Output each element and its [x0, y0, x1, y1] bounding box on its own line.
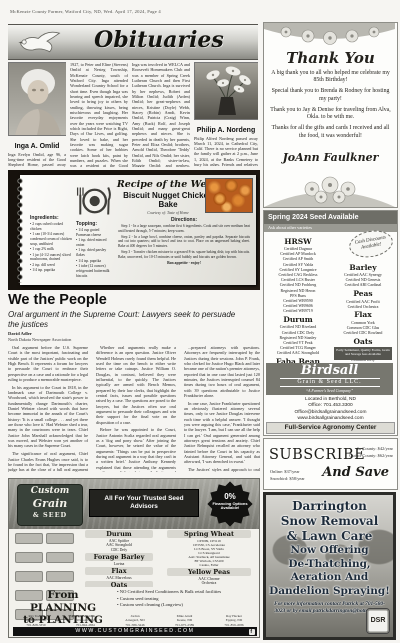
cg-flax-header: Flax: [85, 567, 153, 575]
ingredient-item: 1 can (10-3/4 ounces) condensed cream of…: [30, 232, 72, 246]
ingredient-item: 2 tsp. dill weed: [30, 263, 72, 268]
cg-wheat-list: CP3099, CP3119CP3530, CS AccelerateLCS B…: [163, 539, 255, 568]
durum-header: Durum: [267, 315, 329, 324]
thank-you-body: A big thank you to all who helped me cel…: [270, 70, 391, 144]
durum-list: Certified ND RivelandCertified CDC DefyR…: [267, 324, 329, 355]
article-byline: David Adler: [8, 331, 32, 336]
contact-block: Ray Hecker Epping, ND 701-859-4586: [211, 614, 257, 627]
directions-steps: Step 1 - In a large saucepan, combine fi…: [118, 224, 250, 259]
cg-wheat-header: Spring Wheat: [167, 530, 251, 538]
article-paragraph: The significance of oral argument, Chief…: [8, 451, 88, 472]
brand-logo-chip: [15, 571, 43, 582]
starburst-caption: Financing Options Available!: [209, 502, 251, 511]
custom-grain-logo: Custom Grain & SEED: [17, 484, 83, 526]
rate-online: Online: $37/year: [270, 469, 305, 476]
seed-variety: Certified Orchestra: [332, 304, 394, 309]
article-paragraph: Oral argument before the U.S. Supreme Co…: [8, 345, 88, 382]
seed-variety: Lavina: [81, 562, 157, 567]
darrington-title-lines: DarringtonSnow Removal& Lawn Care: [266, 495, 393, 544]
article-paragraph: Whether oral arguments really make a dif…: [96, 345, 176, 425]
topping-item: 1/4 tsp. paprika: [76, 259, 114, 264]
darrington-offer-line: Aeration And: [266, 571, 393, 585]
article-column-3: ...prepared attorneys with questions. At…: [184, 345, 260, 472]
obituary-name-inga: Inga A. Omlid: [8, 143, 66, 150]
peas-header: Peas: [332, 289, 394, 298]
article-column-1: Oral argument before the U.S. Supreme Co…: [8, 345, 88, 472]
brand-logo-chip: [46, 533, 74, 544]
bullet-item: Custom seed cleaning (Longview): [117, 602, 255, 609]
subscribe-and-save: And Save: [322, 465, 389, 480]
subscribe-rates-right: In-County: $42/year Out-of-County: $62/y…: [349, 446, 393, 459]
rate-in-county: In-County: $42/year: [349, 446, 393, 453]
thank-you-paragraph: A big thank you to all who helped me cel…: [270, 70, 391, 84]
darrington-title-line: & Lawn Care: [266, 529, 393, 544]
oats-header: Oats: [332, 337, 394, 346]
contact-block: Ray Toews Alexander, ND 701-828-3359: [13, 614, 59, 627]
custom-grain-right-categories: Spring Wheat CP3099, CP3119CP3530, CS Ac…: [163, 529, 255, 587]
contact-block: Mike Arndt Keene, ND 701-675-2389: [162, 614, 208, 627]
darrington-offer-line: Dandelion Spraying!: [266, 585, 393, 599]
recipe-closing: Bon appetite - enjoy!: [118, 261, 250, 265]
seed-variety: AAC Marvelous: [81, 576, 157, 581]
obituary-column-4: Philip A. Nordeng Philip Alfred Nordeng …: [194, 62, 258, 167]
cg-forage-list: Lavina: [81, 562, 157, 567]
topping-item: 1 tube (12 ounces) refrigerated buttermi…: [76, 264, 114, 278]
custom-grain-ad: Custom Grain & SEED All For Your Trusted…: [8, 478, 260, 638]
barley-list: Certified AAC SynergyCertified ND Genesi…: [332, 272, 394, 288]
topping-label: Topping:: [76, 221, 114, 227]
darrington-offer-lines: Now OfferingDe-Thatching,Aeration AndDan…: [266, 544, 393, 599]
direction-step: Step 2 - In a large bowl, combine cheese…: [118, 235, 250, 249]
recipe-directions-section: Directions: Step 1 - In a large saucepan…: [118, 217, 250, 265]
seed-ad-note: Early Settlement, Quality Forms, Grain a…: [334, 347, 392, 360]
thank-you-title: Thank You: [264, 49, 397, 67]
birdsall-company-name: Birdsall: [266, 363, 393, 378]
barley-header: Barley: [332, 263, 394, 272]
flowers-photo: [194, 62, 258, 120]
cg-durum-header: Durum: [85, 530, 153, 538]
obituaries-title: Obituaries: [66, 27, 252, 53]
logo-line-2: Grain: [18, 498, 82, 509]
plate-cutlery-icon: [72, 183, 112, 219]
food-photo: [205, 178, 253, 213]
brand-logo-chip: [15, 533, 43, 544]
cg-ypeas-header: Yellow Peas: [167, 568, 251, 576]
darrington-ad: DarringtonSnow Removal& Lawn Care Now Of…: [263, 492, 396, 640]
bullet-item: NO Certified Seed Conditioners & Bulk re…: [117, 589, 255, 596]
recipe-block: Recipe of the Week Biscuit Nugget Chicke…: [8, 170, 260, 290]
birdsall-footer-banner: Full-Service Agronomy Center: [266, 422, 395, 434]
ingredient-item: 1 cup 2% milk: [30, 247, 72, 252]
cg-flax-list: AAC Marvelous: [81, 576, 157, 581]
cg-durum-list: AAC SpitfireAAC StrongholdCDC Defy: [81, 539, 157, 553]
subscribe-ad: SUBSCRIBE In-County: $42/year Out-of-Cou…: [263, 438, 398, 490]
custom-grain-photo-band: Custom Grain & SEED All For Your Trusted…: [9, 479, 259, 529]
logo-line-3: & SEED: [18, 509, 82, 521]
obituary-text-inga-col1: Inga Evelyn Omlid, age 96, a long-time r…: [8, 152, 66, 168]
ingredient-item: 2 cups cubed cooked chicken: [30, 222, 72, 232]
thank-you-paragraph: Special thank you to Brenda & Rodney for…: [270, 88, 391, 102]
cg-ypeas-list: AAC ChromeOrchestra: [163, 577, 255, 586]
financing-starburst-icon: 0% Financing Options Available!: [207, 481, 253, 527]
topping-list: 1/4 cup grated Parmesan cheese1 tsp. dri…: [76, 228, 114, 279]
darrington-offer-line: De-Thatching,: [266, 558, 393, 572]
birdsall-tagline: “A Farmer's Seed Company”: [266, 387, 393, 394]
article-paragraph: Before he was appointed to the Court, Ju…: [96, 427, 176, 472]
direction-step: Step 3 - Transfer chicken mixture to a g…: [118, 250, 250, 259]
article-column-2: Whether oral arguments really make a dif…: [96, 345, 176, 472]
obituary-name-philip: Philip A. Nordeng: [194, 127, 258, 134]
brand-logo-chip: [46, 571, 74, 582]
article-subtitle: Oral argument in the Supreme Court: Lawy…: [8, 310, 248, 329]
flax-header: Flax: [332, 310, 394, 319]
brand-logo-chip: [15, 552, 43, 563]
custom-grain-website: WWW.CUSTOMGRAINSEED.COM: [75, 628, 194, 634]
article-byline-org: North Dakota Newspaper Association: [8, 337, 71, 342]
darrington-title-line: Darrington: [266, 499, 393, 514]
birdsall-contact-info: Located in Berthold, ND Office: 701.453.…: [264, 397, 397, 423]
seed-variety: Orchestra: [163, 581, 255, 586]
custom-grain-center-categories: Durum AAC SpitfireAAC StrongholdCDC Defy…: [81, 529, 157, 587]
facebook-icon: f: [249, 629, 255, 635]
planning-line: From PLANNING: [17, 589, 109, 614]
bullet-item: Custom seed treating: [117, 596, 255, 603]
seed-column-left: HRSW Certified DagmarCertified AP Murdoc…: [267, 235, 329, 363]
article-paragraph: ...prepared attorneys with questions. At…: [184, 345, 260, 398]
dove-icon: [12, 27, 68, 57]
ingredient-item: 1/4 tsp. paprika: [30, 268, 72, 273]
rate-out-of-county: Out-of-County: $62/year: [349, 453, 393, 460]
directions-label: Directions:: [118, 217, 250, 223]
obituaries-banner: Obituaries: [8, 24, 258, 60]
seed-variety: Certified AAC Stronghold: [267, 350, 329, 355]
thank-you-ad: Thank You A big thank you to all who hel…: [263, 22, 398, 208]
custom-grain-bullets: NO Certified Seed Conditioners & Bulk re…: [117, 589, 255, 609]
seed-variety: Certified CDC Rowland: [332, 330, 394, 335]
seed-ad-header: Spring 2024 Seed Available: [264, 211, 397, 224]
obituary-column-1: Inga A. Omlid Inga Evelyn Omlid, age 96,…: [8, 62, 66, 167]
birdsall-logo-block: Birdsall Grain & Seed LLC. “A Farmer's S…: [266, 363, 393, 395]
article-column-3-text: ...prepared attorneys with questions. At…: [184, 345, 260, 472]
trusted-seed-advisors-banner: All For Your Trusted Seed Advisors: [89, 489, 199, 517]
recipe-topping-section: Topping: 1/4 cup grated Parmesan cheese1…: [76, 221, 114, 279]
hrsw-list: Certified DagmarCertified AP MurdockCert…: [267, 246, 329, 313]
seed-variety: Casino, Faller: [163, 563, 255, 567]
darrington-title-line: Snow Removal: [266, 514, 393, 529]
inga-portrait-photo: [8, 62, 66, 136]
obituary-column-2: 1927, to Peter and Eline (Stevens) Omlid…: [70, 62, 128, 167]
spiral-binding: [14, 177, 26, 283]
custom-grain-middle: Durum AAC SpitfireAAC StrongholdCDC Defy…: [9, 529, 259, 587]
custom-grain-contacts: Ray Toews Alexander, ND 701-828-3359Tim …: [13, 614, 257, 627]
subscribe-rates-left: Online: $37/year Snowbird: $58/year: [270, 469, 305, 482]
seed-column-right: Barley Certified AAC SynergyCertified ND…: [332, 235, 394, 363]
ingredients-label: Ingredients:: [30, 215, 72, 221]
birdsall-company-sub: Grain & Seed LLC.: [280, 378, 380, 387]
recipe-ingredients-section: Ingredients: 2 cups cubed cooked chicken…: [30, 215, 72, 274]
obituary-column-3: Inga was involved in WELCA and Roosevelt…: [132, 62, 190, 167]
cg-oats-header: Oats: [85, 581, 153, 587]
rate-snowbird: Snowbird: $58/year: [270, 476, 305, 483]
masthead: McKenzie County Farmer, Watford City, ND…: [10, 9, 161, 14]
financing-starburst-text: 0% Financing Options Available!: [209, 493, 251, 511]
floral-garland-icon: [264, 23, 395, 49]
article-paragraph: The Justices' styles and approach to ora…: [184, 467, 260, 472]
seed-variety: Certified WB9719: [267, 308, 329, 313]
custom-grain-website-bar: WWW.CUSTOMGRAINSEED.COM f: [13, 627, 257, 636]
contact-block: Jordan Arnegard, ND 701-586-3446: [112, 614, 158, 627]
peas-list: Certified AAC ProfitCertified Orchestra: [332, 299, 394, 309]
topping-item: 1 tsp. dried parsley flakes: [76, 248, 114, 258]
floral-cluster-icon: [264, 171, 395, 207]
article-paragraph: In his argument to the Court in 1818, in…: [8, 385, 88, 449]
recipe-card: Recipe of the Week Biscuit Nugget Chicke…: [20, 175, 256, 285]
hrsw-header: HRSW: [267, 237, 329, 246]
article-paragraph: In one case, Justice Frankfurter questio…: [184, 401, 260, 465]
thank-you-paragraph: Thank you to Jay & Denise for traveling …: [270, 107, 391, 121]
seed-variety: CDC Defy: [81, 548, 157, 553]
ingredient-item: 1 jar (4-1/2 ounces) sliced mushrooms, d…: [30, 253, 72, 263]
ingredients-list: 2 cups cubed cooked chicken1 can (10-3/4…: [30, 222, 72, 273]
topping-item: 1/4 cup grated Parmesan cheese: [76, 228, 114, 238]
obituary-text-philip: Philip Alfred Nordeng passed away March …: [194, 136, 258, 168]
direction-step: Step 1 - In a large saucepan, combine fi…: [118, 224, 250, 233]
brand-logo-chip: [46, 552, 74, 563]
darrington-offer-line: Now Offering: [266, 544, 393, 558]
contact-block: Tim Bartelson Watford City 701-842-2861: [63, 614, 109, 627]
birdsall-seed-ad: Spring 2024 Seed Available Ask about oth…: [263, 210, 398, 436]
seed-variety: Certified ABI Cardinal: [332, 282, 394, 287]
thank-you-signature: JoAnn Faulkner: [264, 151, 397, 164]
thank-you-paragraph: Thanks for all the gifts and cards I rec…: [270, 125, 391, 139]
article-title: We the People: [8, 292, 107, 308]
flax-list: Common YorkCommon CDC GlasCertified CDC …: [332, 320, 394, 336]
topping-item: 1 tsp. dried minced onion: [76, 238, 114, 248]
dsr-snowflake-logo: DSR: [366, 608, 390, 634]
cg-forage-header: Forage Barley: [85, 553, 153, 561]
